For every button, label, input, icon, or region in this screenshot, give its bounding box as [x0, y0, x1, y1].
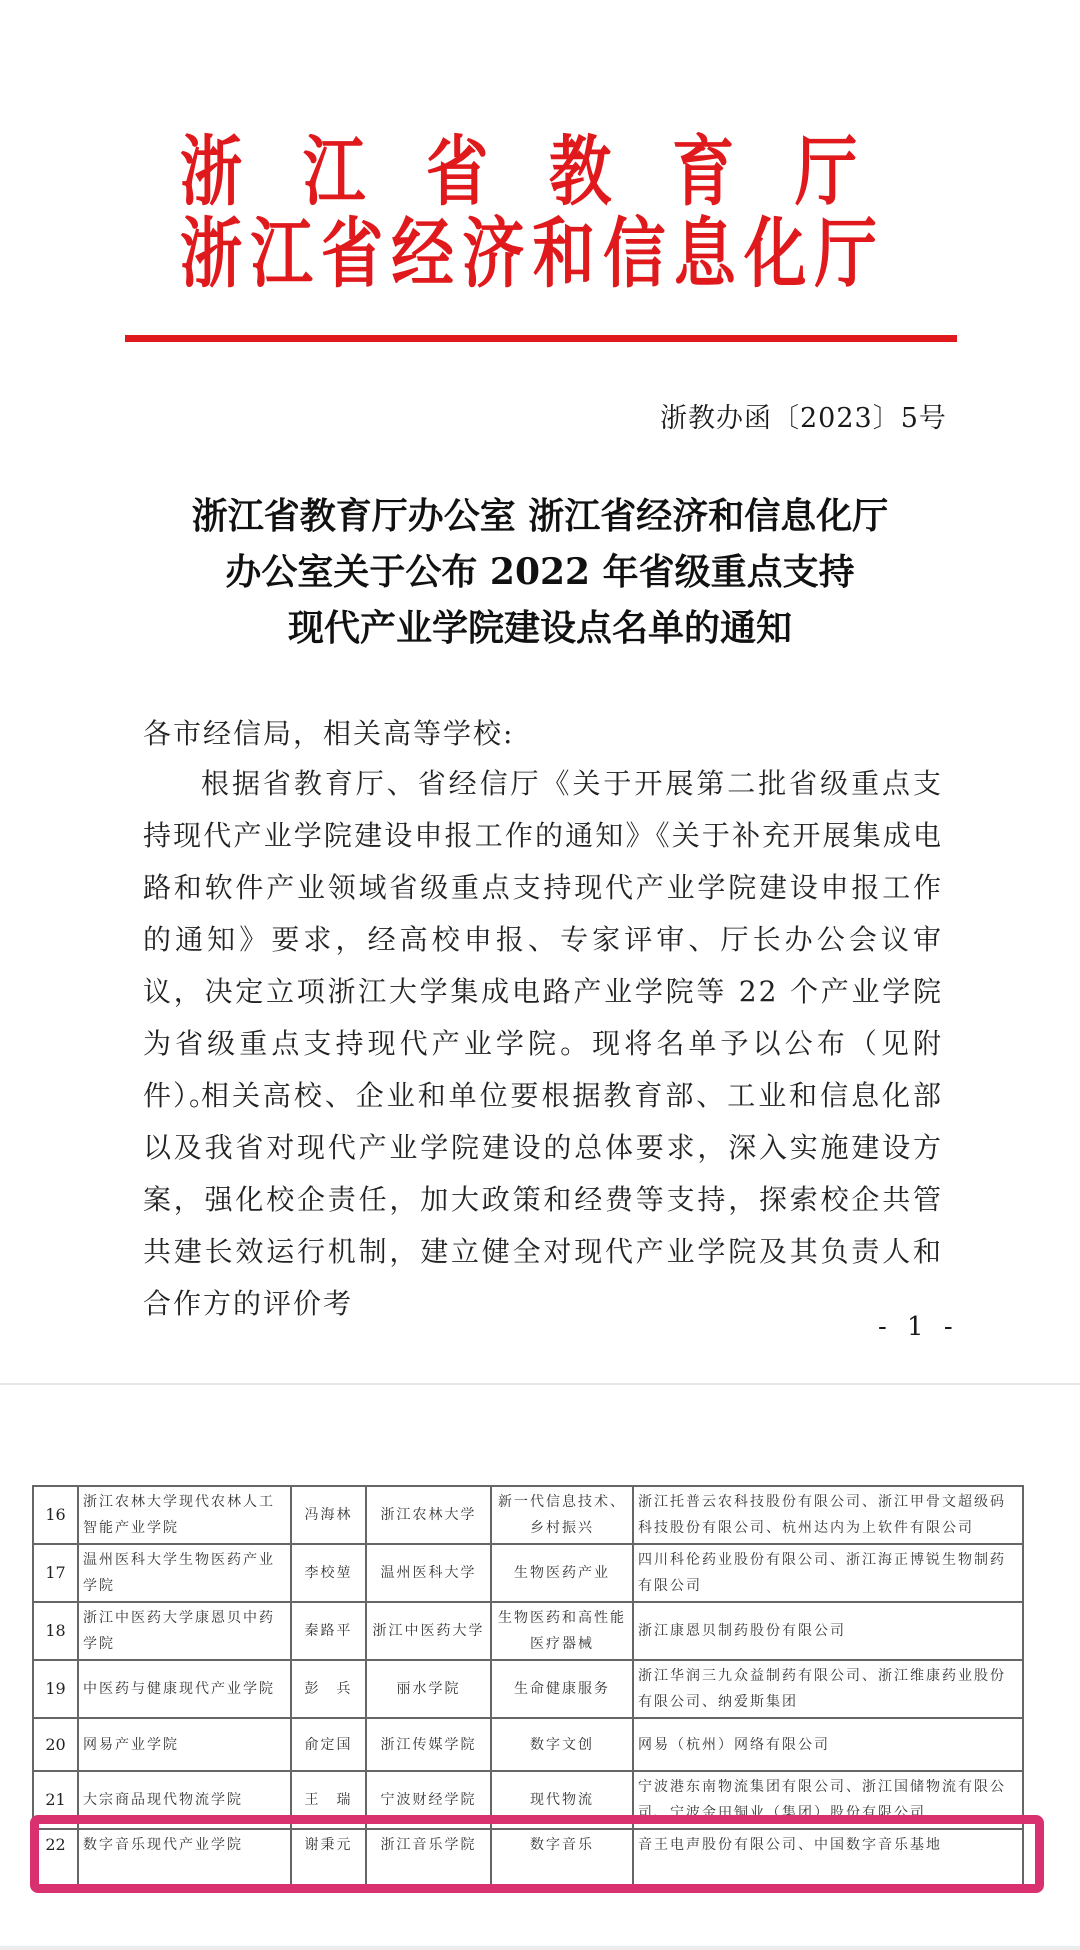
title-line-2: 办公室关于公布 2022 年省级重点支持	[0, 544, 1080, 600]
cell-college: 数字音乐现代产业学院	[78, 1829, 291, 1887]
cell-industry: 新一代信息技术、乡村振兴	[491, 1486, 633, 1544]
cell-leader: 王 瑞	[291, 1771, 366, 1829]
cell-number: 18	[33, 1602, 78, 1660]
table-row: 18 浙江中医药大学康恩贝中药学院 秦路平 浙江中医药大学 生物医药和高性能医疗…	[33, 1602, 1023, 1660]
cell-university: 浙江音乐学院	[366, 1829, 491, 1887]
document-number: 浙教办函〔2023〕5号	[660, 396, 947, 435]
cell-partners: 浙江华润三九众益制药有限公司、浙江维康药业股份有限公司、纳爱斯集团	[633, 1660, 1023, 1718]
cell-leader: 彭 兵	[291, 1660, 366, 1718]
cell-partners: 浙江托普云农科技股份有限公司、浙江甲骨文超级码科技股份有限公司、杭州达内为上软件…	[633, 1486, 1023, 1544]
cell-college: 网易产业学院	[78, 1718, 291, 1771]
cell-leader: 秦路平	[291, 1602, 366, 1660]
cell-industry: 数字文创	[491, 1718, 633, 1771]
cell-leader: 俞定国	[291, 1718, 366, 1771]
document-page-1: 浙江省教育厅 浙江省经济和信息化厅 浙教办函〔2023〕5号 浙江省教育厅办公室…	[0, 0, 1080, 1385]
cell-college: 大宗商品现代物流学院	[78, 1771, 291, 1829]
title-line-3: 现代产业学院建设点名单的通知	[0, 600, 1080, 656]
page-number: - 1 -	[878, 1312, 959, 1342]
cell-industry: 生物医药产业	[491, 1544, 633, 1602]
cell-number: 16	[33, 1486, 78, 1544]
cell-number: 22	[33, 1829, 78, 1887]
cell-number: 19	[33, 1660, 78, 1718]
table-row: 17 温州医科大学生物医药产业学院 李校堃 温州医科大学 生物医药产业 四川科伦…	[33, 1544, 1023, 1602]
body-paragraph-2: 相关高校、企业和单位要根据教育部、工业和信息化部以及我省对现代产业学院建设的总体…	[143, 1070, 943, 1330]
cell-partners: 浙江康恩贝制药股份有限公司	[633, 1602, 1023, 1660]
masthead-education-dept: 浙江省教育厅	[180, 132, 918, 212]
red-divider-rule	[125, 335, 957, 342]
cell-university: 浙江中医药大学	[366, 1602, 491, 1660]
cell-partners: 宁波港东南物流集团有限公司、浙江国储物流有限公司、宁波金田铜业（集团）股份有限公…	[633, 1771, 1023, 1829]
cell-college: 温州医科大学生物医药产业学院	[78, 1544, 291, 1602]
cell-university: 温州医科大学	[366, 1544, 491, 1602]
cell-college: 中医药与健康现代产业学院	[78, 1660, 291, 1718]
body-paragraph-1: 根据省教育厅、省经信厅《关于开展第二批省级重点支持现代产业学院建设申报工作的通知…	[143, 758, 943, 1122]
salutation: 各市经信局，相关高等学校:	[143, 708, 943, 760]
college-list-table: 16 浙江农林大学现代农林人工智能产业学院 冯海林 浙江农林大学 新一代信息技术…	[32, 1485, 1024, 1888]
table-row: 21 大宗商品现代物流学院 王 瑞 宁波财经学院 现代物流 宁波港东南物流集团有…	[33, 1771, 1023, 1829]
table-row: 16 浙江农林大学现代农林人工智能产业学院 冯海林 浙江农林大学 新一代信息技术…	[33, 1486, 1023, 1544]
cell-leader: 冯海林	[291, 1486, 366, 1544]
cell-college: 浙江中医药大学康恩贝中药学院	[78, 1602, 291, 1660]
table-row-highlighted: 22 数字音乐现代产业学院 谢秉元 浙江音乐学院 数字音乐 音王电声股份有限公司…	[33, 1829, 1023, 1887]
cell-number: 21	[33, 1771, 78, 1829]
cell-number: 17	[33, 1544, 78, 1602]
cell-industry: 生物医药和高性能医疗器械	[491, 1602, 633, 1660]
cell-industry: 现代物流	[491, 1771, 633, 1829]
cell-university: 浙江传媒学院	[366, 1718, 491, 1771]
cell-partners: 四川科伦药业股份有限公司、浙江海正博锐生物制药有限公司	[633, 1544, 1023, 1602]
table-row: 20 网易产业学院 俞定国 浙江传媒学院 数字文创 网易（杭州）网络有限公司	[33, 1718, 1023, 1771]
cell-leader: 李校堃	[291, 1544, 366, 1602]
cell-leader: 谢秉元	[291, 1829, 366, 1887]
cell-partners: 音王电声股份有限公司、中国数字音乐基地	[633, 1829, 1023, 1887]
document-title: 浙江省教育厅办公室 浙江省经济和信息化厅 办公室关于公布 2022 年省级重点支…	[0, 488, 1080, 656]
masthead-economy-it-dept: 浙江省经济和信息化厅	[180, 214, 885, 294]
cell-industry: 生命健康服务	[491, 1660, 633, 1718]
cell-college: 浙江农林大学现代农林人工智能产业学院	[78, 1486, 291, 1544]
title-line-1: 浙江省教育厅办公室 浙江省经济和信息化厅	[0, 488, 1080, 544]
cell-university: 宁波财经学院	[366, 1771, 491, 1829]
page-bottom-divider	[0, 1946, 1080, 1950]
cell-industry: 数字音乐	[491, 1829, 633, 1887]
cell-university: 浙江农林大学	[366, 1486, 491, 1544]
table-row: 19 中医药与健康现代产业学院 彭 兵 丽水学院 生命健康服务 浙江华润三九众益…	[33, 1660, 1023, 1718]
cell-partners: 网易（杭州）网络有限公司	[633, 1718, 1023, 1771]
cell-university: 丽水学院	[366, 1660, 491, 1718]
cell-number: 20	[33, 1718, 78, 1771]
